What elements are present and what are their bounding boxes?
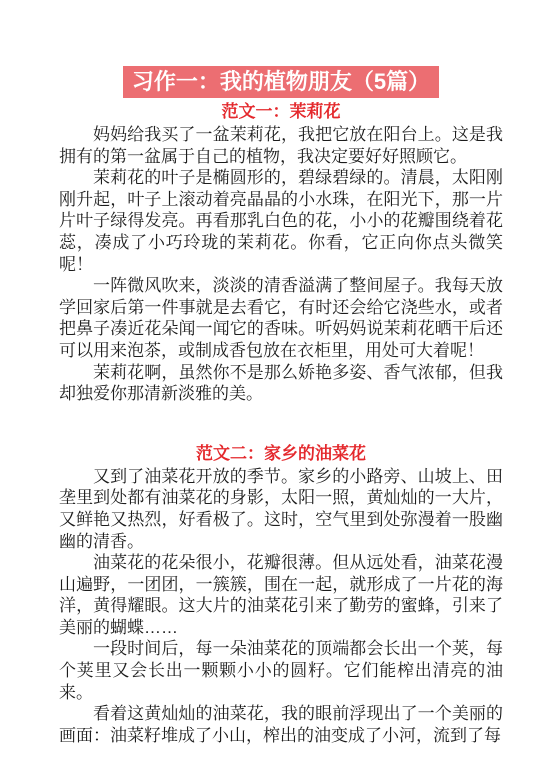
essay-2-paragraph-4: 看着这黄灿灿的油菜花，我的眼前浮现出了一个美丽的画面：油菜籽堆成了小山，榨出的油… bbox=[59, 703, 503, 746]
essay-1: 范文一：茉莉花 妈妈给我买了一盆茉莉花，我把它放在阳台上。这是我拥有的第一盆属于… bbox=[59, 101, 503, 405]
essay-1-paragraph-2: 茉莉花的叶子是椭圆形的，碧绿碧绿的。清晨，太阳刚刚升起，叶子上滚动着亮晶晶的小水… bbox=[59, 167, 503, 275]
essay-1-paragraph-3: 一阵微风吹来，淡淡的清香溢满了整间屋子。我每天放学回家后第一件事就是去看它，有时… bbox=[59, 275, 503, 361]
document-page: 习作一：我的植物朋友（5篇） 范文一：茉莉花 妈妈给我买了一盆茉莉花，我把它放在… bbox=[0, 0, 553, 782]
essay-2-paragraph-2: 油菜花的花朵很小，花瓣很薄。但从远处看，油菜花漫山遍野，一团团，一簇簇，围在一起… bbox=[59, 552, 503, 638]
document-title: 习作一：我的植物朋友（5篇） bbox=[123, 66, 439, 98]
document-title-row: 习作一：我的植物朋友（5篇） bbox=[59, 66, 503, 98]
essay-2-heading: 范文二：家乡的油菜花 bbox=[59, 443, 503, 464]
essay-2: 范文二：家乡的油菜花 又到了油菜花开放的季节。家乡的小路旁、山坡上、田垄里到处都… bbox=[59, 443, 503, 747]
essay-1-heading: 范文一：茉莉花 bbox=[59, 101, 503, 122]
essay-2-paragraph-1: 又到了油菜花开放的季节。家乡的小路旁、山坡上、田垄里到处都有油菜花的身影，太阳一… bbox=[59, 466, 503, 552]
essay-2-paragraph-3: 一段时间后，每一朵油菜花的顶端都会长出一个荚，每个荚里又会长出一颗颗小小的圆籽。… bbox=[59, 638, 503, 703]
essay-1-paragraph-1: 妈妈给我买了一盆茉莉花，我把它放在阳台上。这是我拥有的第一盆属于自己的植物，我决… bbox=[59, 124, 503, 167]
essay-1-paragraph-4: 茉莉花啊，虽然你不是那么娇艳多姿、香气浓郁，但我却独爱你那清新淡雅的美。 bbox=[59, 362, 503, 405]
page-content: 习作一：我的植物朋友（5篇） 范文一：茉莉花 妈妈给我买了一盆茉莉花，我把它放在… bbox=[0, 0, 553, 746]
